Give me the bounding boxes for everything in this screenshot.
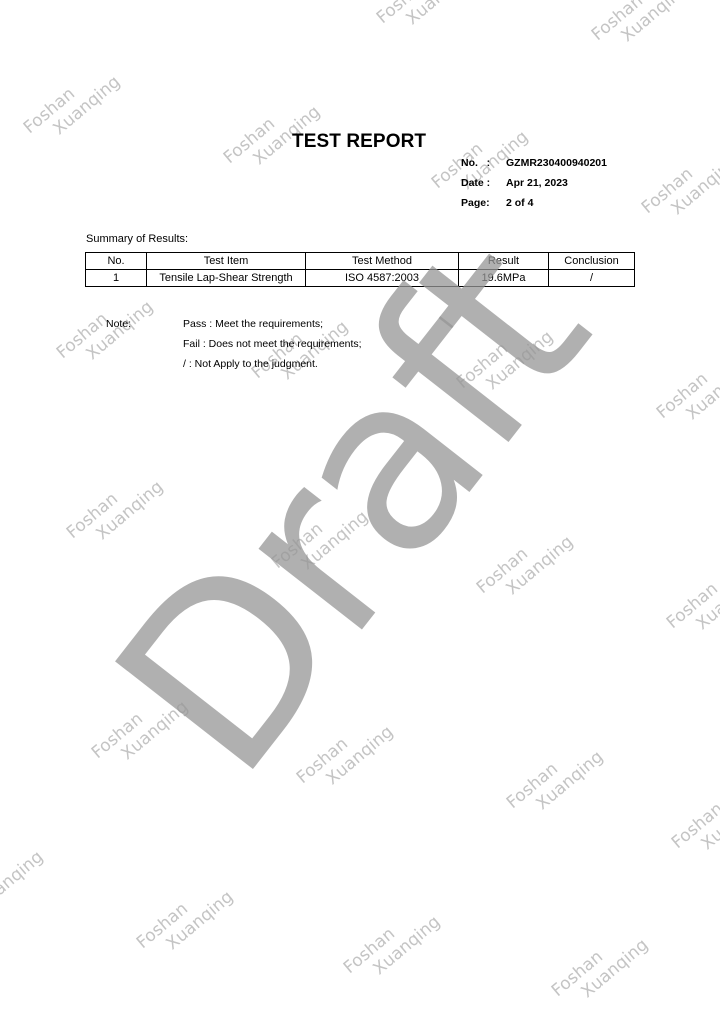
company-watermark: FoshanXuanqing <box>373 0 477 43</box>
company-watermark: FoshanXuanqing <box>340 897 444 994</box>
company-watermark: FoshanXuanqing <box>668 772 720 869</box>
report-title: TEST REPORT <box>292 131 426 153</box>
cell-test-item: Tensile Lap-Shear Strength <box>147 270 306 287</box>
header-no: No. <box>86 253 147 270</box>
report-page-label: Page: <box>461 197 490 210</box>
note-label: Note: <box>106 318 131 330</box>
report-number-label: No. : <box>461 157 490 170</box>
report-date-label: Date : <box>461 177 490 190</box>
company-watermark: FoshanXuanqing <box>0 832 47 929</box>
cell-no: 1 <box>86 270 147 287</box>
header-conclusion: Conclusion <box>549 253 635 270</box>
company-watermark: FoshanXuanqing <box>133 872 237 969</box>
table-header-row: No. Test Item Test Method Result Conclus… <box>86 253 635 270</box>
report-page-value: 2 of 4 <box>506 197 533 210</box>
report-number-value: GZMR230400940201 <box>506 157 607 170</box>
company-watermark: FoshanXuanqing <box>20 57 124 154</box>
company-watermark: FoshanXuanqing <box>653 342 720 439</box>
company-watermark: FoshanXuanqing <box>588 0 692 60</box>
report-date-value: Apr 21, 2023 <box>506 177 568 190</box>
summary-heading: Summary of Results: <box>86 233 188 245</box>
company-watermark: FoshanXuanqing <box>548 920 652 1017</box>
company-watermark: FoshanXuanqing <box>53 282 157 379</box>
draft-watermark: Draft <box>78 210 621 811</box>
company-watermark: FoshanXuanqing <box>638 137 720 234</box>
report-page: FoshanXuanqingFoshanXuanqingFoshanXuanqi… <box>0 0 720 1019</box>
company-watermark: FoshanXuanqing <box>503 732 607 829</box>
header-test-item: Test Item <box>147 253 306 270</box>
cell-conclusion: / <box>549 270 635 287</box>
company-watermark: FoshanXuanqing <box>663 552 720 649</box>
